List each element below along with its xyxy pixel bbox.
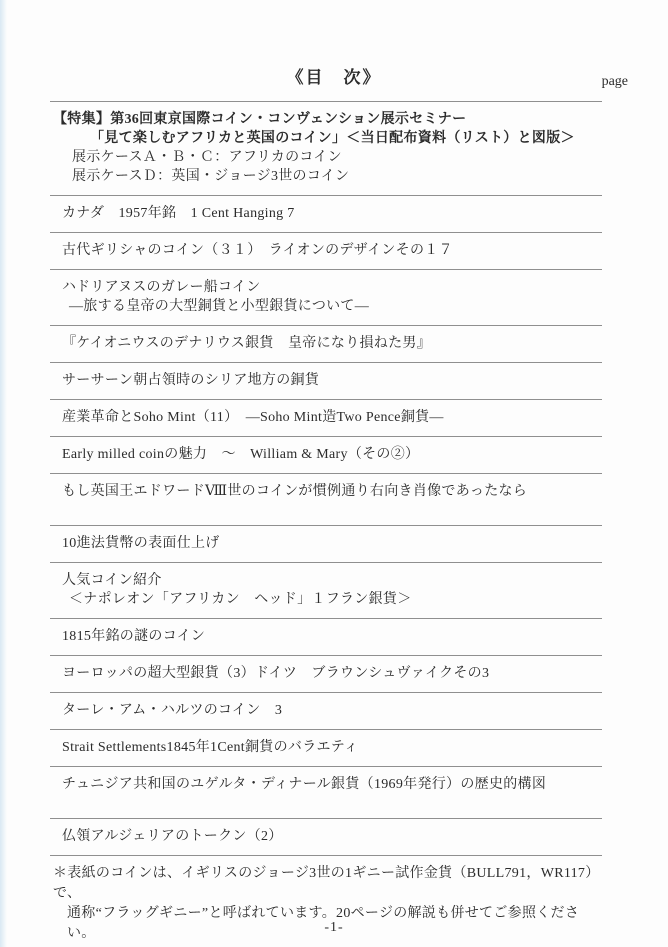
toc-entry-line: ヨーロッパの超大型銀貨（3）ドイツ ブラウンシュヴァイクその3 xyxy=(50,664,602,683)
toc-entry: 人気コイン紹介＜ナポレオン「アフリカン ヘッド」１フラン銀貨＞ xyxy=(50,562,602,618)
toc-entry-line: Strait Settlements1845年1Cent銅貨のバラエティ xyxy=(50,738,602,757)
toc-entry-line: ターレ・アム・ハルツのコイン 3 xyxy=(50,701,602,720)
toc-entry: Strait Settlements1845年1Cent銅貨のバラエティ xyxy=(50,729,602,766)
toc-entry-line: Early milled coinの魅力 ～ William & Mary（その… xyxy=(50,445,602,464)
toc-entry-line: 『ケイオニウスのデナリウス銀貨 皇帝になり損ねた男』 xyxy=(50,334,602,353)
toc-entry: 【特集】第36回東京国際コイン・コンヴェンション展示セミナー「見て楽しむアフリカ… xyxy=(50,101,602,195)
page-number: -1- xyxy=(0,920,668,936)
toc-entry-line: 古代ギリシャのコイン（３１） ライオンのデザインその１７ xyxy=(50,241,602,260)
toc-entry-line: ―旅する皇帝の大型銅貨と小型銀貨について― xyxy=(50,297,602,316)
toc-entry: Early milled coinの魅力 ～ William & Mary（その… xyxy=(50,436,602,473)
toc-entry-line: 1815年銘の謎のコイン xyxy=(50,627,602,646)
toc-entry-line: チュニジア共和国のユゲルタ・ディナール銀貨（1969年発行）の歴史的構図 xyxy=(50,775,602,794)
scan-edge-artifact xyxy=(0,0,7,947)
toc-entry-line: 10進法貨幣の表面仕上げ xyxy=(50,534,602,553)
toc: 【特集】第36回東京国際コイン・コンヴェンション展示セミナー「見て楽しむアフリカ… xyxy=(50,101,602,855)
toc-entry: 産業革命とSoho Mint（11） ―Soho Mint造Two Pence銅… xyxy=(50,399,602,436)
toc-entry: 10進法貨幣の表面仕上げ xyxy=(50,525,602,562)
toc-entry: ヨーロッパの超大型銀貨（3）ドイツ ブラウンシュヴァイクその3 xyxy=(50,655,602,692)
toc-entry-line: 展示ケースＡ・Ｂ・Ｃ：アフリカのコイン xyxy=(50,148,602,167)
toc-entry-line: ＜ナポレオン「アフリカン ヘッド」１フラン銀貨＞ xyxy=(50,590,602,609)
toc-entry: 仏領アルジェリアのトークン（2） xyxy=(50,818,602,855)
page-title: 《目 次》 xyxy=(0,66,668,90)
toc-entry-line: 【特集】第36回東京国際コイン・コンヴェンション展示セミナー xyxy=(50,110,602,129)
footnote-line: ＊表紙のコインは、イギリスのジョージ3世の1ギニー試作金貨（BULL791，WR… xyxy=(53,864,602,904)
toc-entry: 『ケイオニウスのデナリウス銀貨 皇帝になり損ねた男』 xyxy=(50,325,602,362)
toc-entry-line: サーサーン朝占領時のシリア地方の銅貨 xyxy=(50,371,602,390)
toc-entry: もし英国王エドワードⅧ世のコインが慣例通り右向き肖像であったなら xyxy=(50,473,602,525)
toc-entry: ターレ・アム・ハルツのコイン 3 xyxy=(50,692,602,729)
toc-entry: カナダ 1957年銘 1 Cent Hanging 7 xyxy=(50,195,602,232)
toc-entry-line: 展示ケースＤ：英国・ジョージ3世のコイン xyxy=(50,167,602,186)
toc-entry-line: 産業革命とSoho Mint（11） ―Soho Mint造Two Pence銅… xyxy=(50,408,602,427)
toc-entry-line: もし英国王エドワードⅧ世のコインが慣例通り右向き肖像であったなら xyxy=(50,482,602,501)
document-page: 《目 次》 page 【特集】第36回東京国際コイン・コンヴェンション展示セミナ… xyxy=(0,0,668,947)
toc-entry-line: カナダ 1957年銘 1 Cent Hanging 7 xyxy=(50,204,602,223)
toc-entry: 1815年銘の謎のコイン xyxy=(50,618,602,655)
toc-entry: チュニジア共和国のユゲルタ・ディナール銀貨（1969年発行）の歴史的構図 xyxy=(50,766,602,818)
toc-entry-line: 仏領アルジェリアのトークン（2） xyxy=(50,827,602,846)
toc-entry: 古代ギリシャのコイン（３１） ライオンのデザインその１７ xyxy=(50,232,602,269)
page-column-label: page xyxy=(602,72,628,92)
toc-entry: サーサーン朝占領時のシリア地方の銅貨 xyxy=(50,362,602,399)
toc-entry: ハドリアヌスのガレー船コイン―旅する皇帝の大型銅貨と小型銀貨について― xyxy=(50,269,602,325)
toc-entry-line: 「見て楽しむアフリカと英国のコイン」＜当日配布資料（リスト）と図版＞ xyxy=(50,129,602,148)
toc-entry-line: 人気コイン紹介 xyxy=(50,571,602,590)
toc-entry-line: ハドリアヌスのガレー船コイン xyxy=(50,278,602,297)
toc-content: 【特集】第36回東京国際コイン・コンヴェンション展示セミナー「見て楽しむアフリカ… xyxy=(50,101,602,944)
